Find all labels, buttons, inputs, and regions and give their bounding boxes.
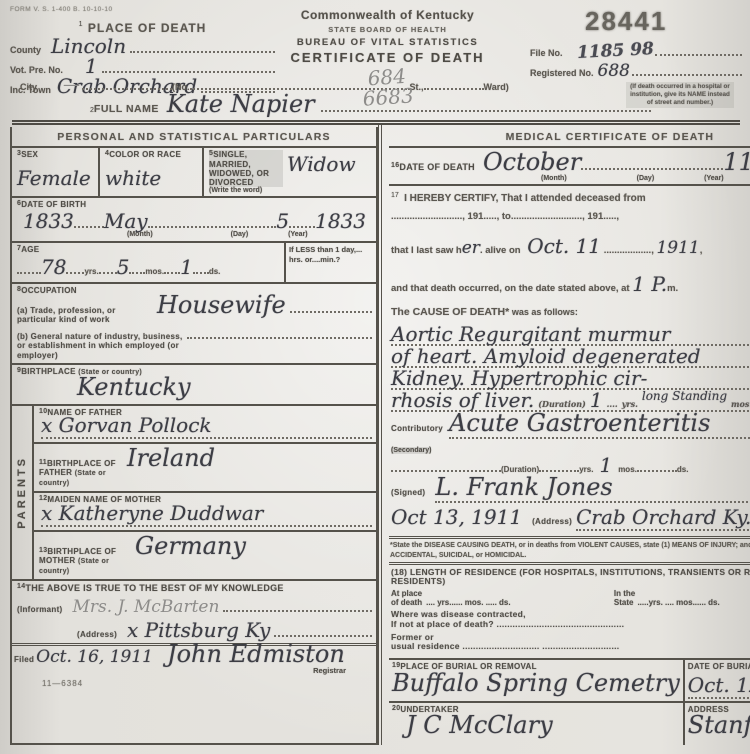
precinct-label: Vot. Pre. No. xyxy=(10,65,63,75)
sex-field: 3SEX Female xyxy=(12,148,98,196)
serial-number: 28441 xyxy=(585,6,742,37)
burial-row: 19PLACE OF BURIAL OR REMOVAL Buffalo Spr… xyxy=(389,658,750,701)
dob-month: May xyxy=(104,209,148,233)
section-number: 17 xyxy=(391,192,399,199)
registrar-signature: John Edmiston xyxy=(167,640,345,668)
in-state-label-1: In the xyxy=(614,589,750,598)
birthplace-field: 9BIRTHPLACE (State or country) Kentucky xyxy=(12,365,376,406)
mother-name-value: x Katheryne Duddwar xyxy=(41,501,372,527)
parents-vertical-label: PARENTS xyxy=(12,406,34,579)
filed-date: Oct. 16, 1911 xyxy=(36,647,153,667)
informant-address-label: (Address) xyxy=(77,630,117,639)
contracted-label-2: If not at place of death? ..............… xyxy=(391,620,750,630)
certify-line-2: ..........................., 191....., t… xyxy=(391,208,750,226)
file-no-label: File No. xyxy=(530,48,563,58)
cause-line-2: of heart. Amyloid degenerated xyxy=(391,346,750,368)
time-of-death: 1 P. xyxy=(632,272,667,296)
undertaker-row: 20UNDERTAKER J C McClary ADDRESS Stanfor… xyxy=(389,701,750,744)
dod-year-sublabel: (Year) xyxy=(704,175,723,182)
county-field: County Lincoln xyxy=(10,44,275,55)
mother-birthplace-field: 13BIRTHPLACE OF MOTHER (State or country… xyxy=(34,532,376,579)
place-of-death-label: PLACE OF DEATH xyxy=(88,21,206,35)
certify-line-3: that I last saw her. alive on Oct. 11 ..… xyxy=(391,227,750,265)
city-label: City xyxy=(20,82,37,92)
cause-of-death-heading: The CAUSE OF DEATH* was as follows: xyxy=(391,303,750,323)
dob-day-sublabel: (Day) xyxy=(231,231,249,238)
file-no-value: 1185 98 xyxy=(576,39,654,63)
certify-line3-printed: that I last saw h xyxy=(391,245,462,256)
county-label: County xyxy=(10,45,41,55)
dotted-line xyxy=(391,465,501,473)
contributory-label: Contributory xyxy=(391,424,443,433)
dob-label: DATE OF BIRTH xyxy=(21,200,86,209)
birthplace-label: BIRTHPLACE xyxy=(21,367,76,376)
cause-line-4-text: rhosis of liver. xyxy=(391,390,534,411)
signed-date: Oct 13, 1911 xyxy=(391,505,522,529)
in-state-label-2: State xyxy=(614,598,634,607)
dotted-line xyxy=(655,47,742,56)
physician-address-label: (Address) xyxy=(532,517,572,526)
certify-line4-printed: and that death occurred, on the date sta… xyxy=(391,283,630,294)
dotted-line xyxy=(148,213,277,228)
registered-no-field: Registered No. 688 xyxy=(530,68,742,79)
residence-at-place: At place of death .... yrs...... mos. ..… xyxy=(391,589,606,607)
dod-month-sublabel: (Month) xyxy=(541,175,567,182)
dotted-line xyxy=(223,597,372,612)
contributory-field: Contributory Acute Gastroenteritis (Seco… xyxy=(389,412,750,533)
age-days-label: ds. xyxy=(209,267,221,276)
occupation-a-label: (a) Trade, profession, or particular kin… xyxy=(17,306,147,324)
last-seen-year: 1911 xyxy=(656,238,699,258)
age-years-value: 78 xyxy=(41,255,66,279)
age-label: AGE xyxy=(21,245,39,254)
dotted-line xyxy=(274,621,372,636)
dob-year: 1833 xyxy=(315,209,366,233)
attestation-label: THE ABOVE IS TRUE TO THE BEST OF MY KNOW… xyxy=(25,583,283,593)
cause-line-1: Aortic Regurgitant murmur xyxy=(391,324,750,346)
informant-label: (Informant) xyxy=(17,605,63,614)
burial-place-value: Buffalo Spring Cemetry xyxy=(392,669,680,697)
last-seen-date: Oct. 11 xyxy=(527,234,601,258)
personal-particulars-column: PERSONAL AND STATISTICAL PARTICULARS 3SE… xyxy=(10,127,378,744)
certify-line3-mid: . alive on xyxy=(480,245,521,256)
medical-certificate-column: MEDICAL CERTIFICATE OF DEATH 16DATE OF D… xyxy=(378,125,750,744)
dod-label: DATE OF DEATH xyxy=(399,162,475,172)
state-heading: Commonwealth of Kentucky STATE BOARD OF … xyxy=(275,6,500,108)
dob-value-1: 1833 xyxy=(23,209,74,233)
age-less-than-one-day-note: If LESS than 1 day,... hrs. or....min.? xyxy=(284,243,376,281)
date-of-death-field: 16DATE OF DEATH October 11 1911 (Month) … xyxy=(389,148,750,186)
place-of-burial-field: 19PLACE OF BURIAL OR REMOVAL Buffalo Spr… xyxy=(389,660,683,701)
dod-day: 11 xyxy=(723,148,750,176)
mother-birthplace-value: Germany xyxy=(135,532,246,560)
dod-day-sublabel: (Day) xyxy=(637,175,655,182)
informant-section: 14THE ABOVE IS TRUE TO THE BEST OF MY KN… xyxy=(12,581,376,646)
informant-value: Mrs. J. McBarten xyxy=(73,597,220,617)
dotted-line xyxy=(129,266,145,274)
dod-month: October xyxy=(483,148,581,176)
registration-block: 28441 File No. 1185 98 Registered No. 68… xyxy=(500,6,742,108)
birthplace-value: Kentucky xyxy=(77,373,372,401)
color-race-label: COLOR OR RACE xyxy=(109,150,181,159)
duration-years-value: 1 xyxy=(590,390,603,411)
parents-label-text: PARENTS xyxy=(16,456,28,529)
dotted-line xyxy=(102,64,275,73)
dob-day: 5 xyxy=(276,209,289,233)
at-place-units: .... yrs...... mos. ..... ds. xyxy=(426,598,510,607)
marital-sublabel: (Write the word) xyxy=(209,187,283,194)
at-place-label-2: of death xyxy=(391,598,422,607)
age-months-label: mos. xyxy=(145,267,164,276)
burial-date-label: DATE OF BURIAL xyxy=(688,662,750,671)
parents-section: PARENTS 10NAME OF FATHER x Gorvan Polloc… xyxy=(12,406,376,581)
signed-label: (Signed) xyxy=(391,488,425,497)
length-of-residence-section: (18) LENGTH OF RESIDENCE (FOR HOSPITALS,… xyxy=(389,565,750,655)
date-of-birth-field: 6DATE OF BIRTH 1833 May 5 1833 (Month) (… xyxy=(12,198,376,243)
dotted-line xyxy=(17,266,41,274)
color-race-field: 4COLOR OR RACE white xyxy=(98,148,202,196)
occupation-value: Housewife xyxy=(157,291,286,319)
father-name-field: 10NAME OF FATHER x Gorvan Pollock xyxy=(34,406,376,444)
undertaker-address-field: ADDRESS Stanford Ky xyxy=(683,703,750,744)
file-no-field: File No. 1185 98 xyxy=(530,47,742,58)
disease-footnote: *State the DISEASE CAUSING DEATH, or in … xyxy=(389,536,750,564)
form-number: FORM V. S. 1-400 B. 10-10-10 xyxy=(10,6,275,13)
dotted-line xyxy=(637,465,677,473)
full-name-label: FULL NAME xyxy=(94,103,159,115)
dotted-line xyxy=(130,44,275,53)
section-number: 1 xyxy=(79,21,84,28)
marital-label: SINGLE, MARRIED, WIDOWED, OR DIVORCED xyxy=(209,150,269,187)
certificate-header: FORM V. S. 1-400 B. 10-10-10 1 PLACE OF … xyxy=(10,6,742,108)
time-suffix: m. xyxy=(667,283,678,294)
city-value: — xyxy=(63,75,80,95)
undertaker-field: 20UNDERTAKER J C McClary xyxy=(389,703,683,744)
place-of-death-title: 1 PLACE OF DEATH xyxy=(10,21,275,35)
form-code: 11—6384 xyxy=(42,679,376,688)
burial-date-value: Oct. 12, 1911 xyxy=(688,673,750,699)
dob-year-sublabel: (Year) xyxy=(288,231,307,238)
dotted-line xyxy=(82,82,172,91)
bureau-label: BUREAU OF VITAL STATISTICS xyxy=(275,37,500,48)
dotted-line xyxy=(164,266,180,274)
medical-section-title: MEDICAL CERTIFICATE OF DEATH xyxy=(389,127,750,148)
section-number: 11 xyxy=(39,459,47,466)
occupation-b-label: (b) General nature of industry, business… xyxy=(17,332,187,360)
dotted-line xyxy=(581,155,723,170)
her-handwritten: er xyxy=(462,238,480,258)
informant-address-value: x Pittsburg Ky xyxy=(127,618,270,642)
undertaker-address-value: Stanford Ky xyxy=(688,711,750,739)
dotted-line xyxy=(99,266,117,274)
father-name-value: x Gorvan Pollock xyxy=(41,413,372,439)
dotted-line xyxy=(74,213,104,228)
certify-line-1: I HEREBY CERTIFY, That I attended deceas… xyxy=(404,193,646,204)
dotted-line xyxy=(193,266,209,274)
filed-label: Filed xyxy=(14,655,34,664)
dotted-line xyxy=(290,298,372,313)
physician-signature: L. Frank Jones xyxy=(435,473,750,503)
at-place-label-1: At place xyxy=(391,589,606,598)
residence-label: LENGTH OF RESIDENCE (FOR HOSPITALS, INST… xyxy=(391,567,750,587)
contributory-sublabel: (Secondary) xyxy=(391,447,431,454)
residence-in-state: In the State .....yrs. .... mos...... ds… xyxy=(614,589,750,607)
mother-name-field: 12MAIDEN NAME OF MOTHER x Katheryne Dudd… xyxy=(34,493,376,531)
occupation-label: OCCUPATION xyxy=(21,286,77,295)
cause-of-death-entry: Aortic Regurgitant murmur of heart. Amyl… xyxy=(389,324,750,412)
cause-label-bold: The CAUSE OF DEATH* xyxy=(391,306,509,318)
physician-address-value: Crab Orchard Ky. xyxy=(576,505,750,531)
occupation-field: 8OCCUPATION (a) Trade, profession, or pa… xyxy=(12,284,376,365)
marital-status-field: 5SINGLE, MARRIED, WIDOWED, OR DIVORCED (… xyxy=(202,148,376,196)
sex-color-marital-row: 3SEX Female 4COLOR OR RACE white 5SINGLE… xyxy=(12,148,376,198)
age-days-value: 1 xyxy=(180,255,193,279)
cause-label-rest: was as follows: xyxy=(512,307,578,317)
board-of-health-label: STATE BOARD OF HEALTH xyxy=(275,25,500,34)
commonwealth-title: Commonwealth of Kentucky xyxy=(275,8,500,22)
personal-section-title: PERSONAL AND STATISTICAL PARTICULARS xyxy=(12,127,376,148)
dotted-line xyxy=(289,213,315,228)
father-birthplace-value: Ireland xyxy=(127,444,215,472)
age-years-label: yrs. xyxy=(84,267,98,276)
dotted-line xyxy=(66,266,84,274)
in-state-units: .....yrs. .... mos...... ds. xyxy=(637,598,719,607)
undertaker-value: J C McClary xyxy=(406,711,680,739)
registered-no-value: 688 xyxy=(598,61,630,81)
sex-label: SEX xyxy=(21,150,38,159)
dob-month-sublabel: (Month) xyxy=(127,231,153,238)
age-months-value: 5 xyxy=(117,255,130,279)
death-certificate-scan: FORM V. S. 1-400 B. 10-10-10 1 PLACE OF … xyxy=(0,0,750,754)
sex-value: Female xyxy=(17,166,95,190)
certify-line-4: and that death occurred, on the date sta… xyxy=(391,265,750,303)
contributory-value: Acute Gastroenteritis xyxy=(449,409,750,439)
father-birthplace-field: 11BIRTHPLACE OF FATHER (State or country… xyxy=(34,444,376,493)
former-residence-label-2: usual residence ........................… xyxy=(391,642,750,652)
registered-no-label: Registered No. xyxy=(530,68,594,78)
color-race-value: white xyxy=(105,166,199,190)
age-field: 7AGE 78 yrs. 5 mos. 1 ds. xyxy=(12,243,376,283)
date-of-burial-field: DATE OF BURIAL Oct. 12, 1911 xyxy=(683,660,750,701)
dotted-line xyxy=(539,465,579,473)
certification-paragraph: 17 I HEREBY CERTIFY, That I attended dec… xyxy=(389,186,750,324)
dotted-line xyxy=(187,324,372,339)
dotted-line xyxy=(632,68,742,77)
duration-note: long Standing xyxy=(642,386,727,407)
marital-value: Widow xyxy=(287,152,356,194)
